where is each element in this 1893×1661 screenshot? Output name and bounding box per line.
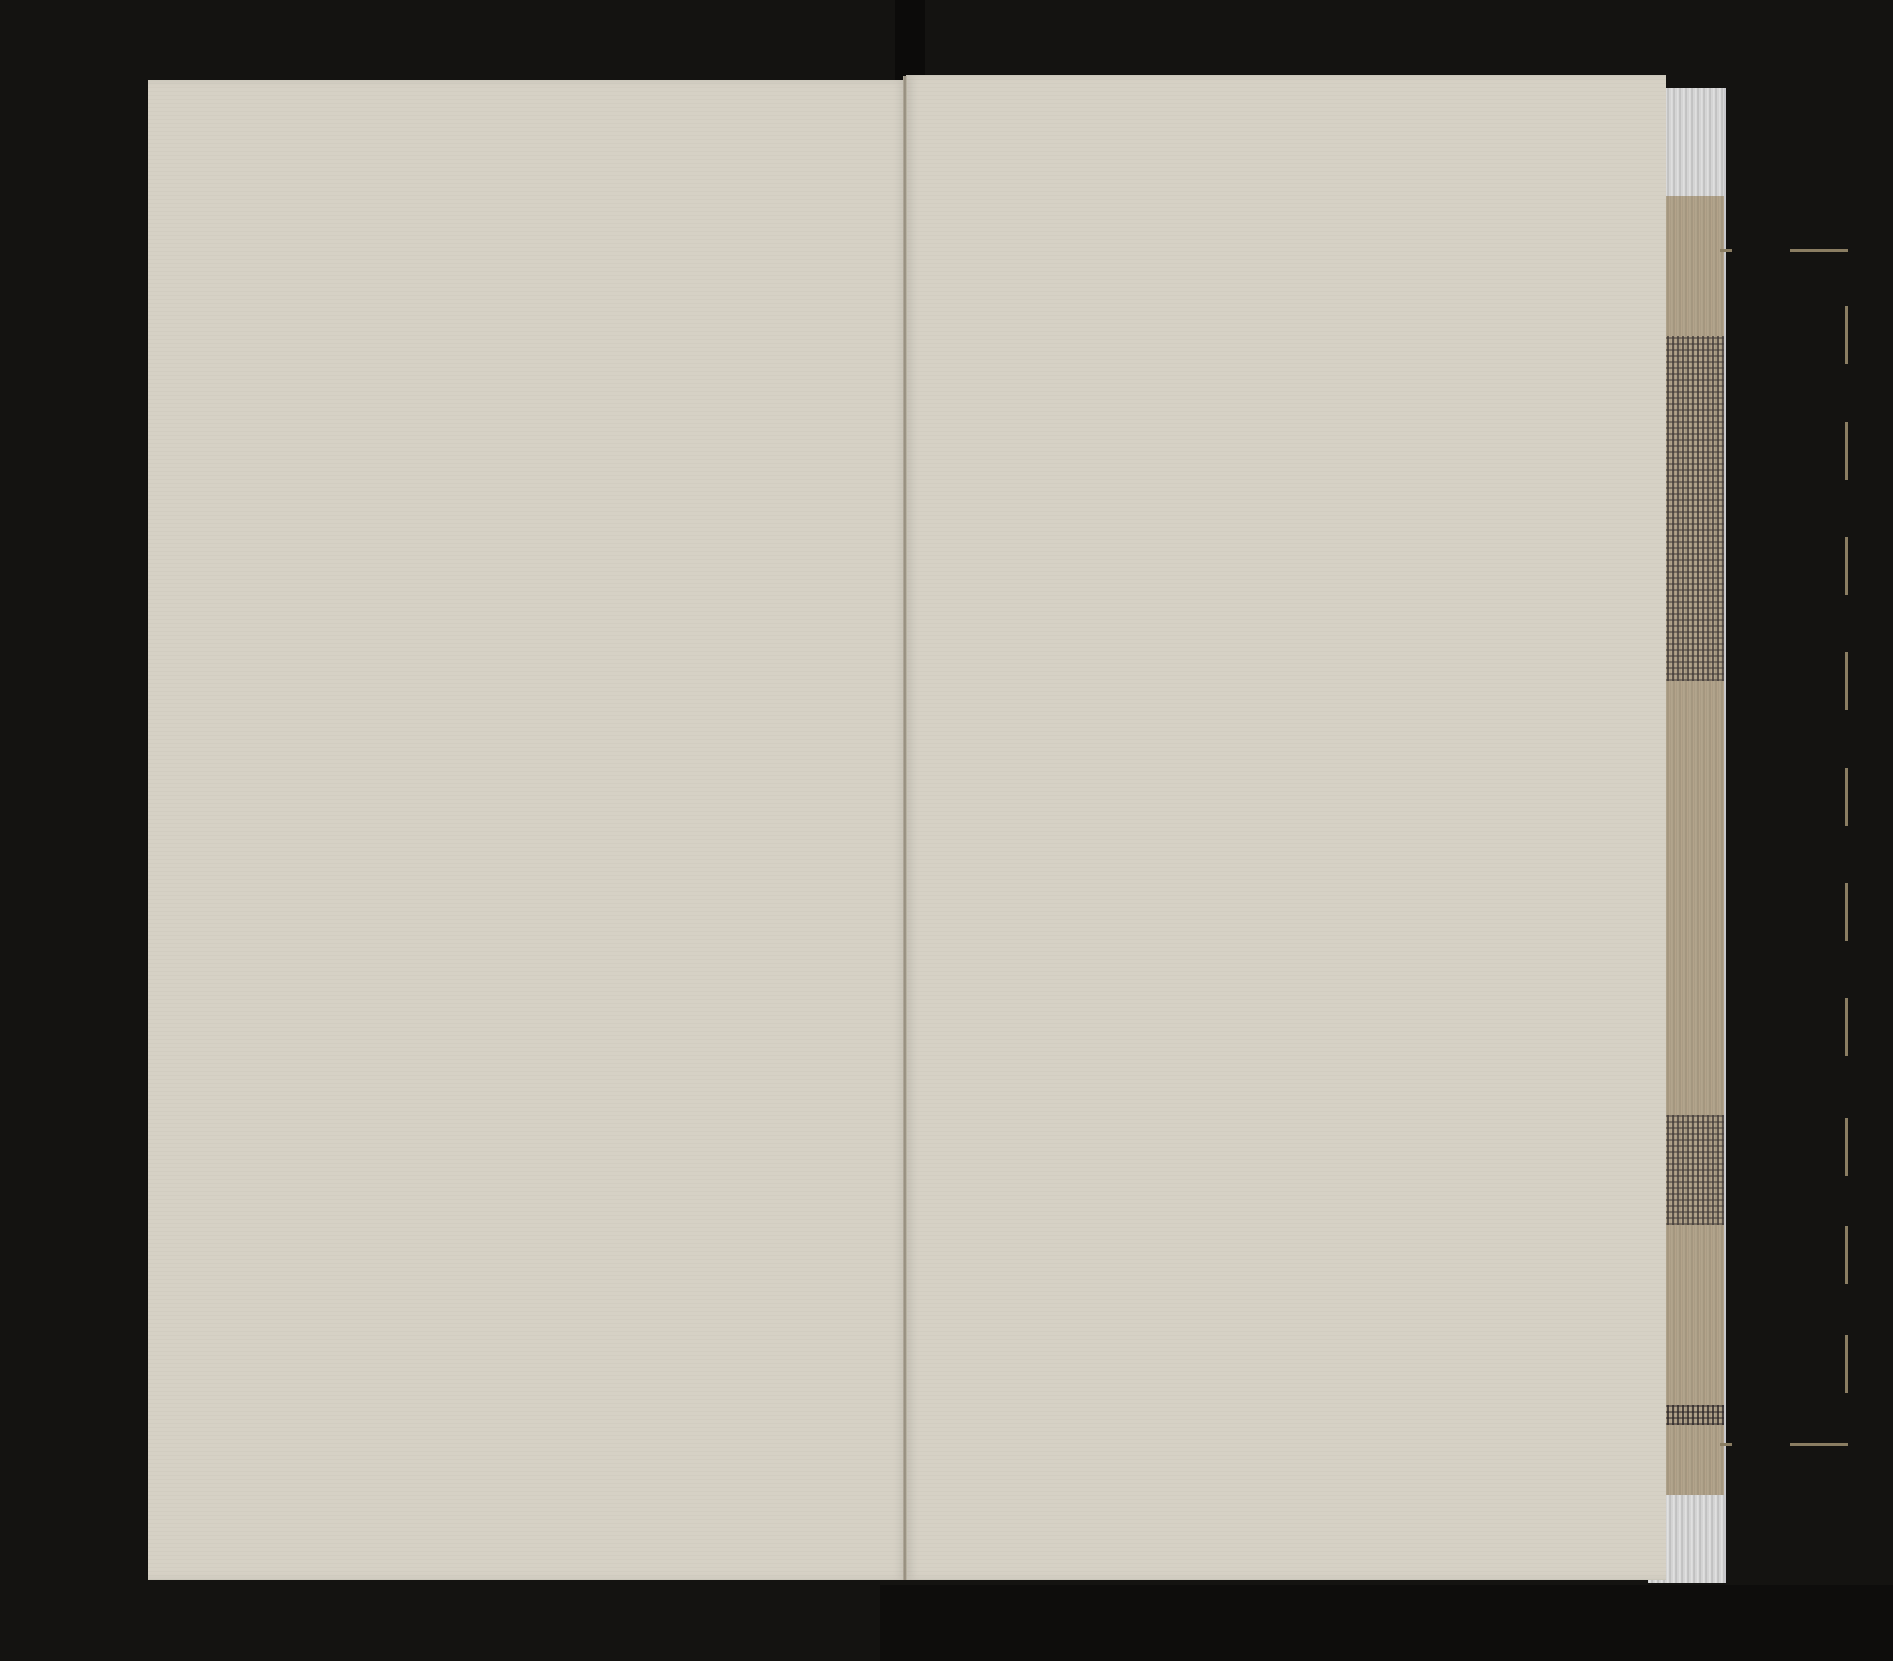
ruler-tick-mark [1845, 422, 1848, 480]
ruler-tick-mark [1845, 1335, 1848, 1393]
ruler-tick-mark [1845, 768, 1848, 826]
ruler-tick-mark [1720, 249, 1732, 252]
background-shadow-strip [895, 0, 925, 80]
ruler-tick-mark [1845, 1226, 1848, 1284]
ruler-tick-mark [1720, 1443, 1732, 1446]
ruler-tick-mark [1845, 306, 1848, 364]
ruler-tick-mark [1845, 1118, 1848, 1176]
ruler-tick-mark [1845, 652, 1848, 710]
right-page [906, 75, 1666, 1580]
fore-edge-ink-line [1662, 1405, 1724, 1425]
ruler-tick-mark [1790, 1443, 1848, 1446]
fore-edge-ink-marks [1662, 336, 1724, 681]
fore-edge-ink-marks-lower [1662, 1115, 1724, 1225]
book-gutter [903, 76, 907, 1580]
book-fore-edge-top-pages [1664, 88, 1724, 196]
ruler-tick-mark [1790, 249, 1848, 252]
ruler-tick-mark [1845, 537, 1848, 595]
book-fore-edge [1664, 88, 1726, 1583]
background-shadow-strip-bottom [880, 1585, 1893, 1661]
ruler-tick-mark [1845, 883, 1848, 941]
left-page [148, 80, 906, 1580]
ruler-tick-mark [1845, 998, 1848, 1056]
